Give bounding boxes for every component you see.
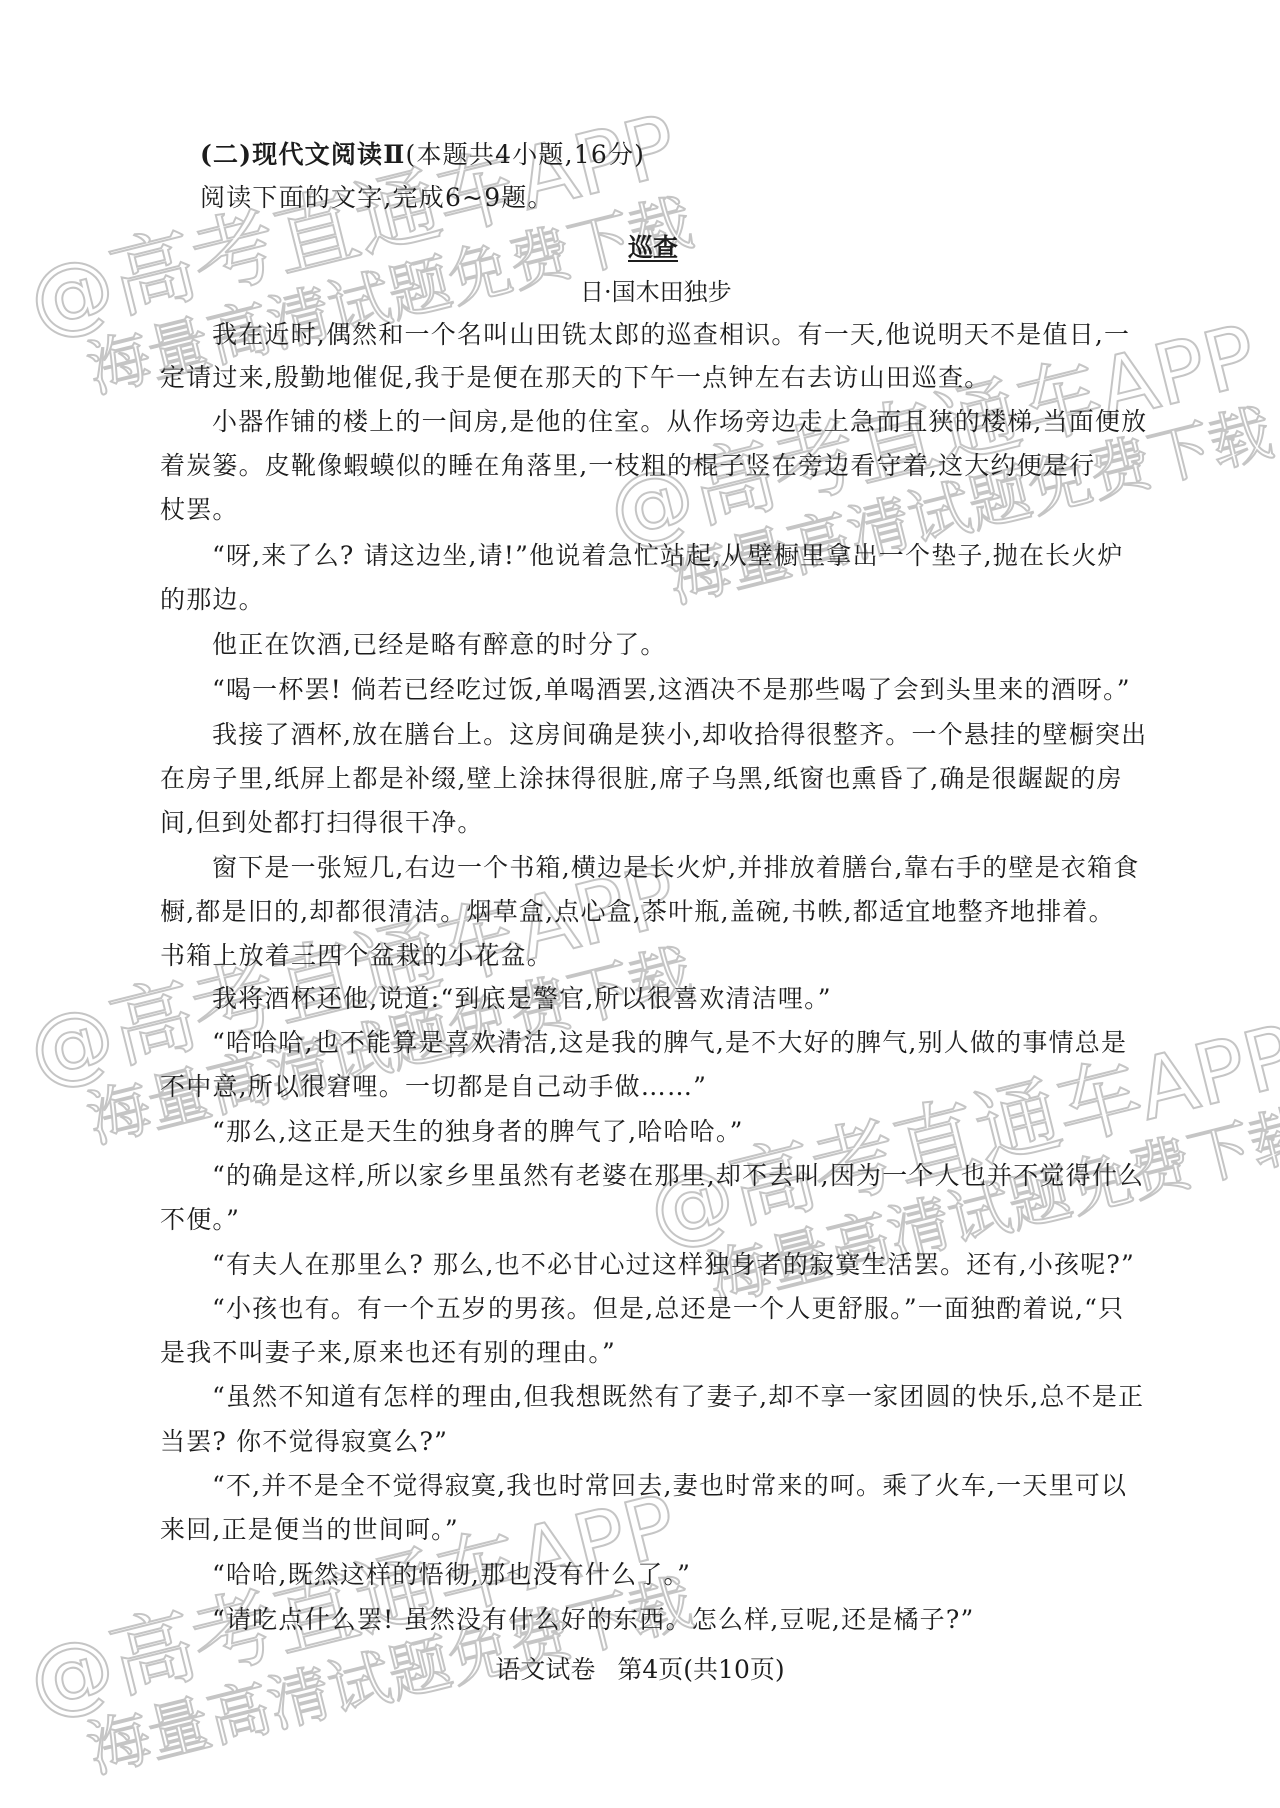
text-line: “请吃点什么罢! 虽然没有什么好的东西。怎么样,豆呢,还是橘子?”: [212, 1605, 1212, 1635]
text-line: “喝一杯罢! 倘若已经吃过饭,单喝酒罢,这酒决不是那些喝了会到头里来的酒呀。”: [212, 675, 1212, 705]
text-line: “有夫人在那里么? 那么,也不必甘心过这样独身者的寂寞生活罢。还有,小孩呢?”: [212, 1250, 1212, 1280]
text-line: 不中意,所以很窘哩。一切都是自己动手做……”: [160, 1072, 1160, 1102]
text-line: 我在近时,偶然和一个名叫山田铣太郎的巡查相识。有一天,他说明天不是值日,一: [212, 320, 1212, 350]
text-line: 来回,正是便当的世间呵。”: [160, 1515, 1160, 1545]
text-line: 着炭篓。皮靴像蝦蟆似的睡在角落里,一枝粗的棍子竖在旁边看守着,这大约便是行: [160, 451, 1160, 481]
text-line: 他正在饮酒,已经是略有醉意的时分了。: [212, 630, 1212, 660]
text-line: “呀,来了么? 请这边坐,请!”他说着急忙站起,从壁橱里拿出一个垫子,抛在长火炉: [212, 541, 1212, 571]
text-line: 不便。”: [160, 1205, 1160, 1235]
text-line: “不,并不是全不觉得寂寞,我也时常回去,妻也时常来的呵。乘了火车,一天里可以: [212, 1471, 1212, 1501]
text-line: 定请过来,殷勤地催促,我于是便在那天的下午一点钟左右去访山田巡查。: [160, 363, 1160, 393]
text-line: 书箱上放着三四个盆栽的小花盆。: [160, 941, 1160, 971]
section-instruction: 阅读下面的文字,完成6~9题。: [200, 183, 1200, 213]
text-line: “的确是这样,所以家乡里虽然有老婆在那里,却不去叫,因为一个人也并不觉得什么: [212, 1161, 1212, 1191]
exam-page: @高考直通车APP 海量高清试题免费下载 @高考直通车APP 海量高清试题免费下…: [0, 0, 1280, 1808]
text-line: 我将酒杯还他,说道:“到底是警官,所以很喜欢清洁哩。”: [212, 984, 1212, 1014]
page-footer: 语文试卷第4页(共10页): [0, 1650, 1280, 1686]
text-line: 的那边。: [160, 585, 1160, 615]
text-line: 橱,都是旧的,却都很清洁。烟草盒,点心盒,茶叶瓶,盖碗,书帙,都适宜地整齐地排着…: [160, 897, 1160, 927]
text-line: 我接了酒杯,放在膳台上。这房间确是狭小,却收拾得很整齐。一个悬挂的壁橱突出: [212, 720, 1212, 750]
text-line: 窗下是一张短几,右边一个书箱,横边是长火炉,并排放着膳台,靠右手的壁是衣箱食: [212, 853, 1212, 883]
article-author: 日·国木田独步: [580, 272, 732, 307]
text-line: 当罢? 你不觉得寂寞么?”: [160, 1427, 1160, 1457]
text-line: “哈哈,既然这样的悟彻,那也没有什么了。”: [212, 1560, 1212, 1590]
text-line: 杖罢。: [160, 495, 1160, 525]
text-line: “小孩也有。有一个五岁的男孩。但是,总还是一个人更舒服。”一面独酌着说,“只: [212, 1294, 1212, 1324]
text-line: “虽然不知道有怎样的理由,但我想既然有了妻子,却不享一家团圆的快乐,总不是正: [212, 1382, 1212, 1412]
text-line: 在房子里,纸屏上都是补缀,壁上涂抹得很脏,席子乌黑,纸窗也熏昏了,确是很龌龊的房: [160, 764, 1160, 794]
text-line: 是我不叫妻子来,原来也还有别的理由。”: [160, 1338, 1160, 1368]
section-note: (本题共4小题,16分): [406, 140, 646, 169]
footer-page-number: 第4页(共10页): [617, 1655, 784, 1684]
footer-subject: 语文试卷: [495, 1655, 595, 1684]
text-line: “哈哈哈,也不能算是喜欢清洁,这是我的脾气,是不大好的脾气,别人做的事情总是: [212, 1028, 1212, 1058]
text-line: 小器作铺的楼上的一间房,是他的住室。从作场旁边走上急而且狭的楼梯,当面便放: [212, 407, 1212, 437]
section-heading: (二)现代文阅读Ⅱ(本题共4小题,16分): [200, 140, 1200, 170]
text-line: 间,但到处都打扫得很干净。: [160, 808, 1160, 838]
text-line: “那么,这正是天生的独身者的脾气了,哈哈哈。”: [212, 1117, 1212, 1147]
article-title: 巡查: [628, 228, 678, 264]
